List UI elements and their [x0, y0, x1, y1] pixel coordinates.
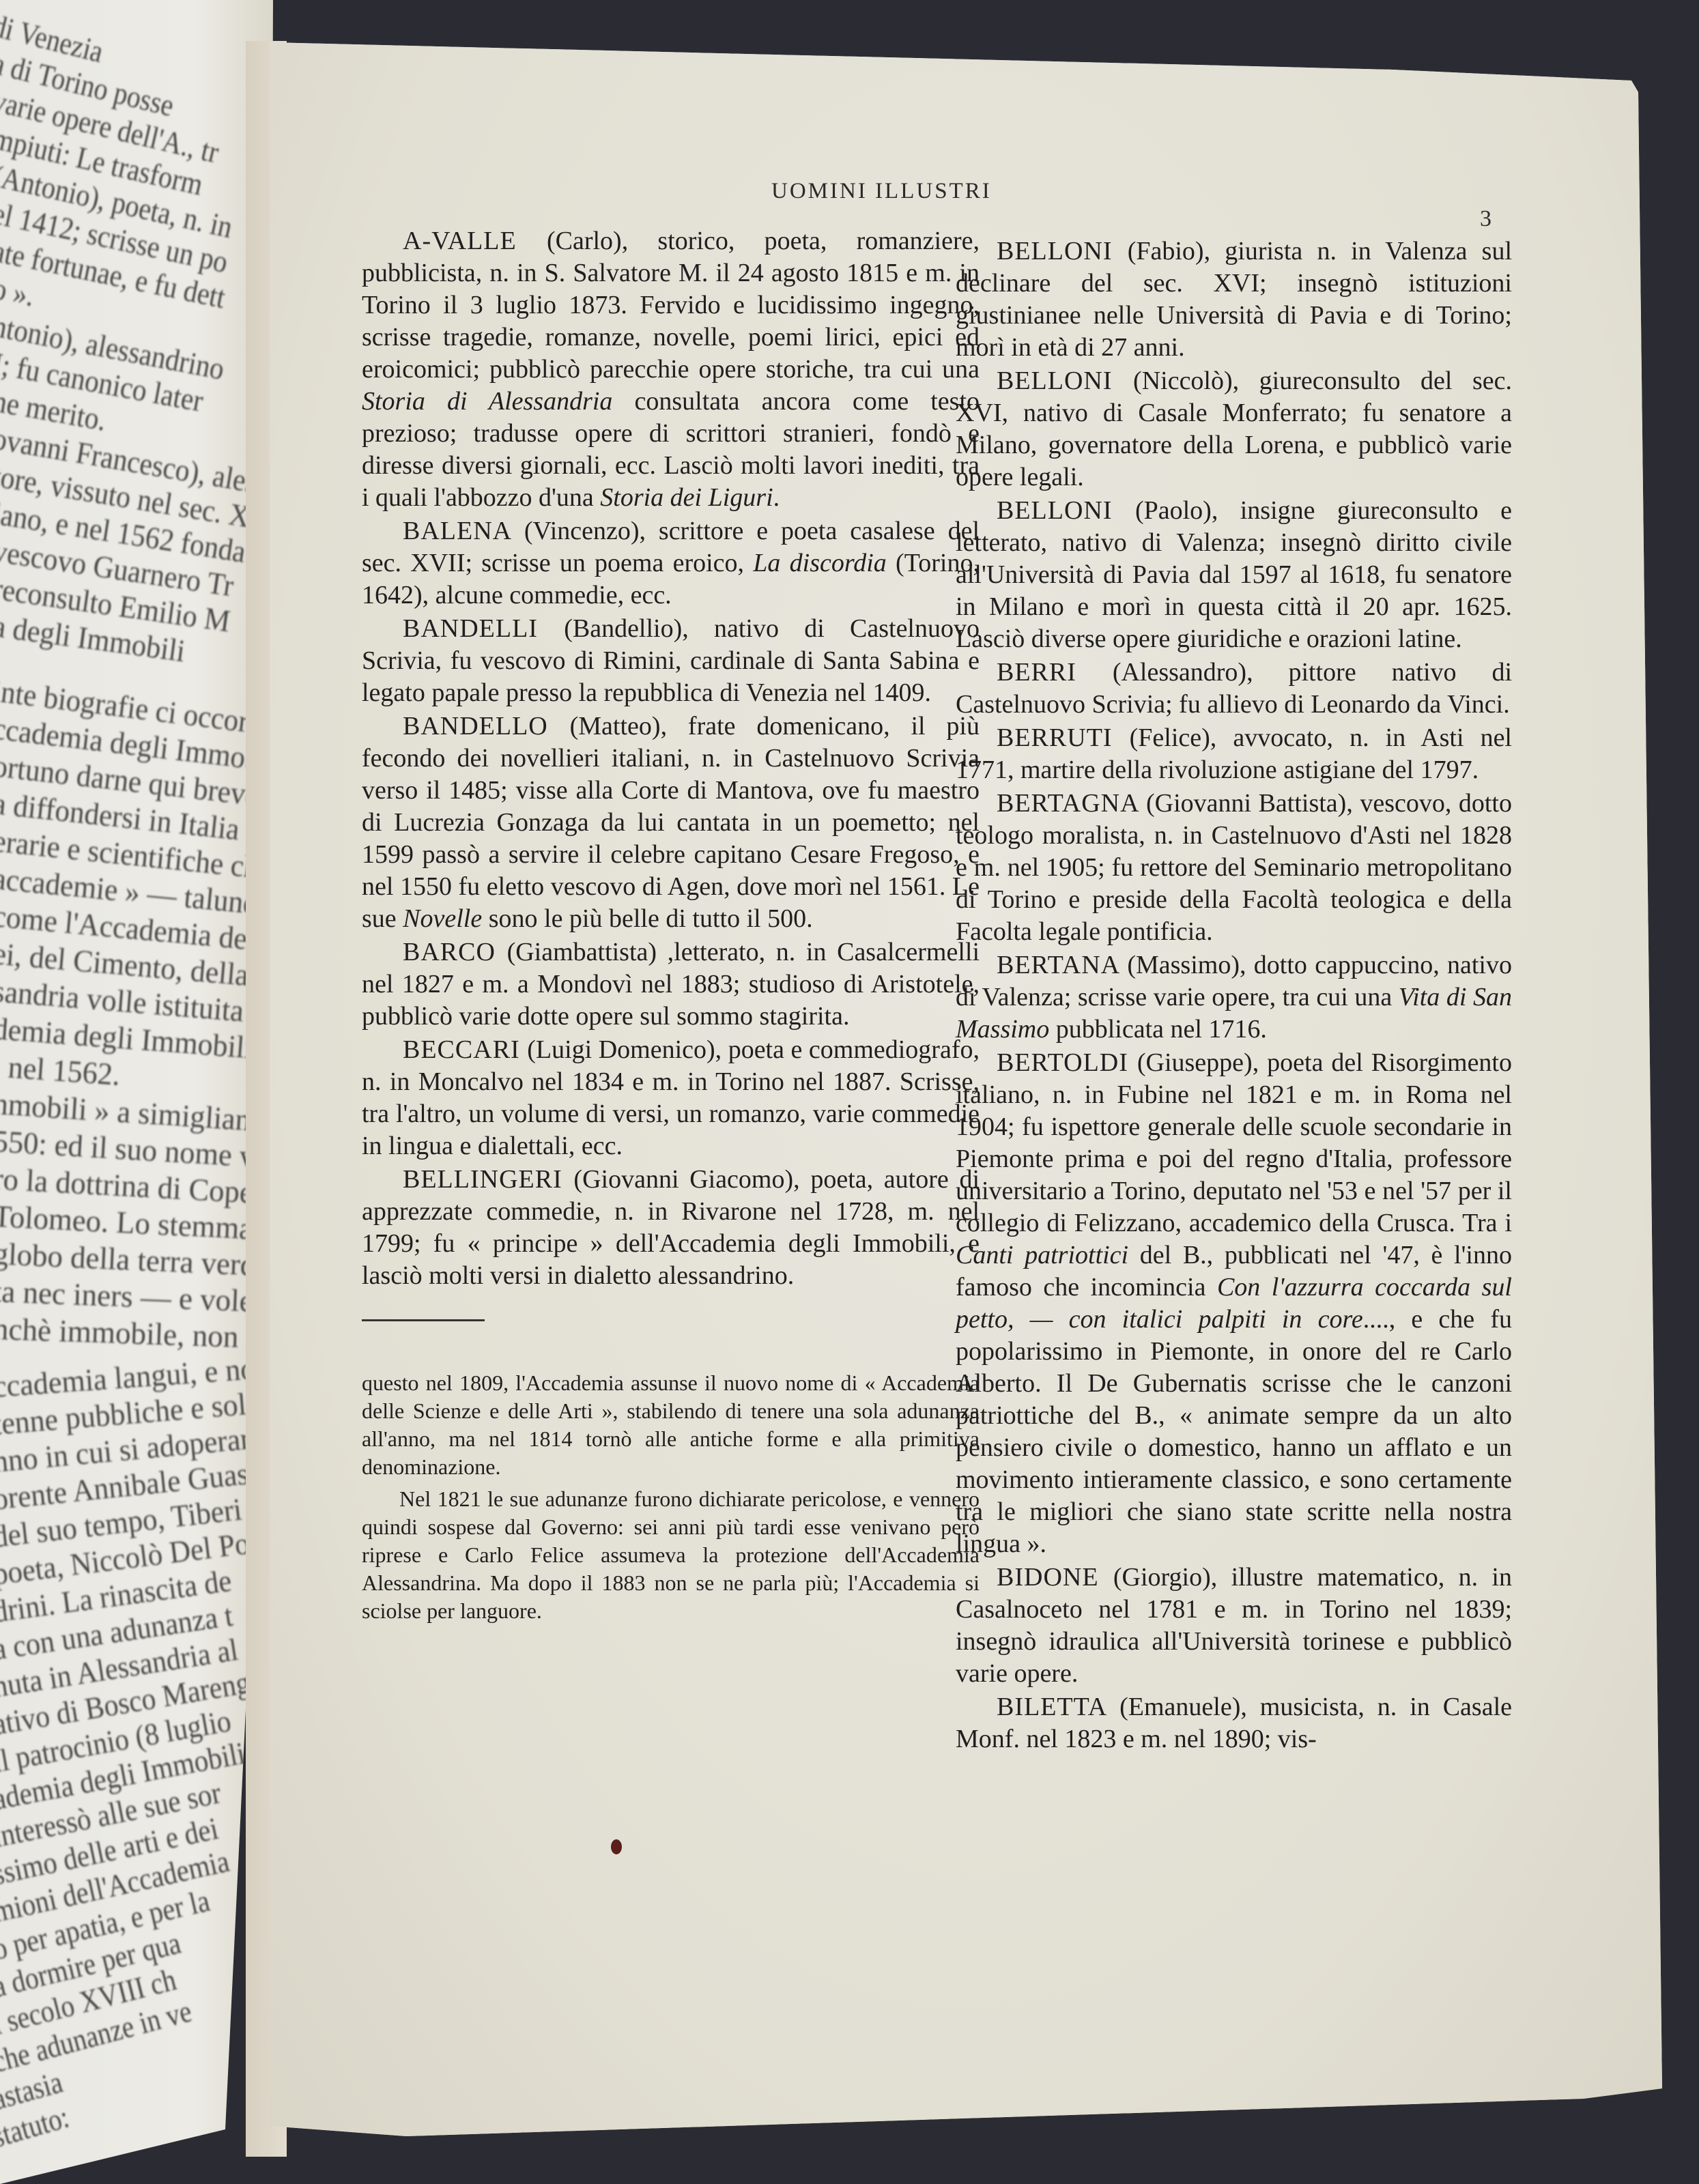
entry-surname: BERTAGNA [997, 789, 1146, 818]
biography-entry: BANDELLO (Matteo), frate domenicano, il … [362, 710, 980, 935]
entry-surname: BECCARI [403, 1035, 527, 1064]
work-title: Storia di Alessandria [362, 387, 612, 416]
biography-entry: BELLONI (Fabio), giurista n. in Valenza … [956, 235, 1512, 364]
entry-surname: BANDELLO [403, 712, 570, 741]
facing-page-line: o ». [0, 270, 38, 314]
biography-entry: BERTAGNA (Giovanni Battista), vescovo, d… [956, 788, 1512, 948]
work-title: Novelle [403, 904, 482, 933]
running-head: UOMINI ILLUSTRI [771, 179, 992, 204]
entry-given-name: (Giorgio) [1113, 1563, 1211, 1592]
work-title: Storia dei Liguri [600, 483, 773, 512]
entry-given-name: (Giuseppe) [1137, 1048, 1253, 1077]
biography-entry: BANDELLI (Bandellio), nativo di Castelnu… [362, 613, 980, 709]
entry-surname: BELLONI [997, 237, 1128, 265]
entry-given-name: (Vincenzo) [524, 517, 640, 545]
entry-surname: BELLONI [997, 367, 1133, 395]
biography-entry: BERRI (Alessandro), pittore nativo di Ca… [956, 657, 1512, 721]
footnote-separator [362, 1319, 485, 1321]
biography-entry: BERTANA (Massimo), dotto cappuccino, nat… [956, 949, 1512, 1046]
book-page: UOMINI ILLUSTRI 3 A-VALLE (Carlo), stori… [270, 27, 1669, 2136]
entry-surname: BALENA [403, 517, 524, 545]
entry-surname: BIDONE [997, 1563, 1113, 1592]
work-title: Canti patriottici [956, 1241, 1128, 1269]
entry-surname: BANDELLI [403, 614, 564, 643]
entry-given-name: (Carlo) [547, 227, 622, 255]
entry-given-name: (Giovanni Giacomo) [573, 1165, 793, 1194]
biography-entry: BIDONE (Giorgio), illustre matematico, n… [956, 1562, 1512, 1690]
entry-list: BELLONI (Fabio), giurista n. in Valenza … [956, 235, 1512, 1755]
entry-surname: BELLINGERI [403, 1165, 573, 1194]
biography-entry: BELLONI (Paolo), insigne giureconsulto e… [956, 495, 1512, 655]
biography-entry: BERRUTI (Felice), avvocato, n. in Asti n… [956, 722, 1512, 786]
entry-given-name: (Bandellio) [564, 614, 682, 643]
footnote-paragraph: Nel 1821 le sue adunanze furono dichiara… [362, 1485, 980, 1625]
entry-surname: BERTOLDI [997, 1048, 1137, 1077]
biography-entry: BERTOLDI (Giuseppe), poeta del Risorgime… [956, 1047, 1512, 1560]
biography-entry: BILETTA (Emanuele), musicista, n. in Cas… [956, 1691, 1512, 1755]
work-title: La discordia [753, 549, 887, 577]
left-column: A-VALLE (Carlo), storico, poeta, romanzi… [362, 225, 980, 1625]
biography-entry: BELLONI (Niccolò), giureconsulto del sec… [956, 365, 1512, 493]
entry-surname: BARCO [403, 938, 507, 966]
entry-given-name: (Luigi Domenico) [527, 1035, 715, 1064]
biography-entry: A-VALLE (Carlo), storico, poeta, romanzi… [362, 225, 980, 514]
entry-given-name: (Paolo) [1135, 496, 1212, 525]
ink-stain [611, 1839, 622, 1854]
footnote-paragraph: questo nel 1809, l'Accademia assunse il … [362, 1369, 980, 1481]
footnote: questo nel 1809, l'Accademia assunse il … [362, 1369, 980, 1625]
entry-surname: A-VALLE [403, 227, 547, 255]
entry-given-name: (Fabio) [1128, 237, 1204, 265]
entry-surname: BERRI [997, 658, 1113, 687]
entry-surname: BERRUTI [997, 723, 1130, 752]
work-title: Con l'azzurra coccarda sul petto, — con … [956, 1273, 1512, 1334]
entry-given-name: (Emanuele) [1119, 1693, 1240, 1721]
entry-surname: BERTANA [997, 951, 1127, 979]
entry-given-name: (Giambattista) [507, 938, 657, 966]
facing-page-fragment: di Veneziaa di Torino possevarie opere d… [0, 0, 280, 2184]
entry-surname: BILETTA [997, 1693, 1119, 1721]
work-title: Vita di San Massimo [956, 983, 1512, 1044]
biography-entry: BECCARI (Luigi Domenico), poeta e commed… [362, 1034, 980, 1162]
entry-given-name: (Alessandro) [1113, 658, 1246, 687]
biography-entry: BELLINGERI (Giovanni Giacomo), poeta, au… [362, 1164, 980, 1292]
entry-surname: BELLONI [997, 496, 1135, 525]
right-column: BELLONI (Fabio), giurista n. in Valenza … [956, 235, 1512, 1755]
entry-given-name: (Niccolò) [1133, 367, 1233, 395]
page-number: 3 [1480, 206, 1491, 232]
entry-given-name: (Massimo) [1127, 951, 1240, 979]
entry-given-name: (Felice) [1130, 723, 1210, 752]
entry-given-name: (Matteo) [570, 712, 661, 741]
entry-list: A-VALLE (Carlo), storico, poeta, romanzi… [362, 225, 980, 1292]
entry-given-name: (Giovanni Battista) [1146, 789, 1346, 818]
biography-entry: BARCO (Giambattista) ,letterato, n. in C… [362, 936, 980, 1033]
biography-entry: BALENA (Vincenzo), scrittore e poeta cas… [362, 515, 980, 612]
